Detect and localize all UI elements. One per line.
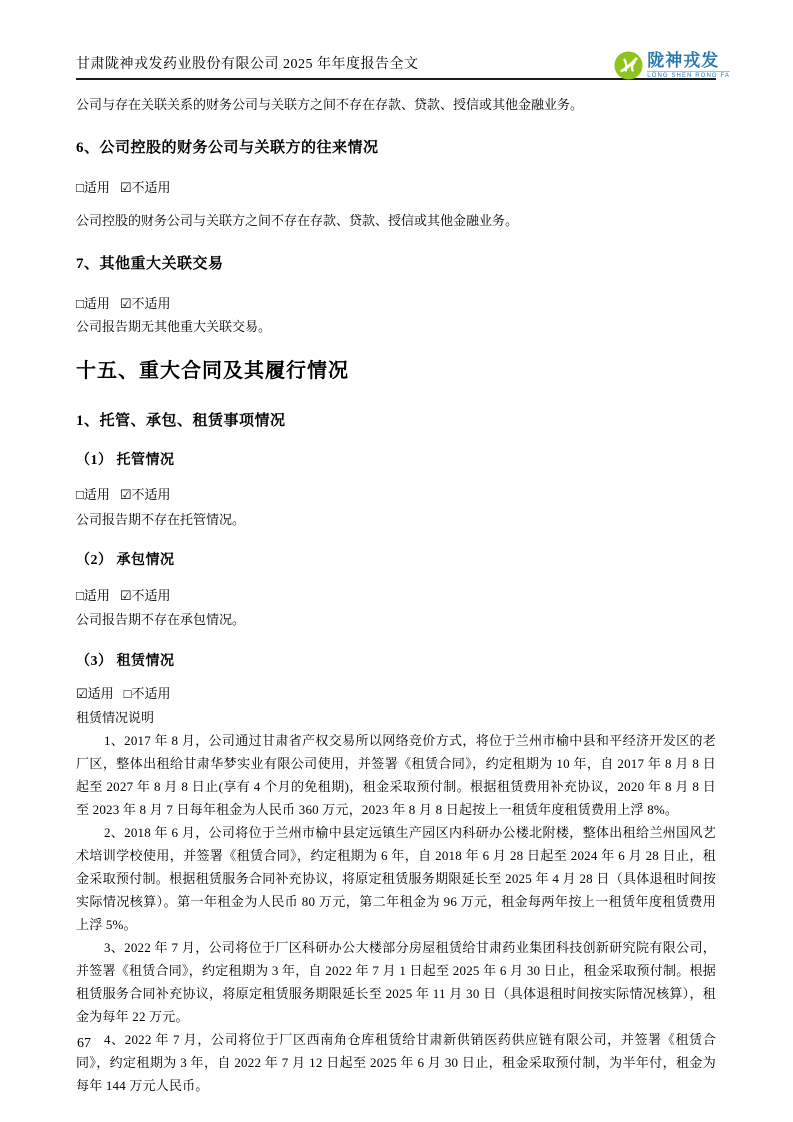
lease-item-1: 1、2017 年 8 月，公司通过甘肃省产权交易所以网络竞价方式，将位于兰州市榆… bbox=[76, 729, 716, 821]
contracting-body: 公司报告期不存在承包情况。 bbox=[76, 611, 716, 628]
lease-note: 租赁情况说明 bbox=[76, 709, 716, 726]
checkbox-not-applicable: ☑不适用 bbox=[120, 588, 171, 603]
page-header: 甘肃陇神戎发药业股份有限公司 2025 年年度报告全文 陇神戎发 LONG SH… bbox=[76, 46, 716, 80]
logo-text-block: 陇神戎发 LONG SHEN RONG FA bbox=[647, 52, 730, 79]
checkbox-applicable: □适用 bbox=[76, 487, 110, 502]
contracting-heading: （2） 承包情况 bbox=[76, 549, 716, 569]
lease-item-2: 2、2018 年 6 月，公司将位于兰州市榆中县定远镇生产园区内科研办公楼北附楼… bbox=[76, 821, 716, 936]
checkbox-applicable: ☑适用 bbox=[76, 686, 114, 701]
lease-item-3: 3、2022 年 7 月，公司将位于厂区科研办公大楼部分房屋租赁给甘肃药业集团科… bbox=[76, 936, 716, 1028]
logo-bird-icon bbox=[614, 51, 643, 80]
lease-heading: （3） 租赁情况 bbox=[76, 650, 716, 670]
lease-applicability: ☑适用□不适用 bbox=[76, 685, 716, 702]
custody-heading: （1） 托管情况 bbox=[76, 449, 716, 469]
chapter-15-heading: 十五、重大合同及其履行情况 bbox=[76, 354, 716, 383]
logo-company-name-pinyin: LONG SHEN RONG FA bbox=[647, 71, 730, 79]
checkbox-not-applicable: ☑不适用 bbox=[120, 487, 171, 502]
checkbox-applicable: □适用 bbox=[76, 296, 110, 311]
page-number: 67 bbox=[77, 1036, 91, 1052]
report-title: 甘肃陇神戎发药业股份有限公司 2025 年年度报告全文 bbox=[76, 53, 419, 73]
section-6-applicability: □适用☑不适用 bbox=[76, 179, 716, 196]
contracting-applicability: □适用☑不适用 bbox=[76, 587, 716, 604]
section-7-body: 公司报告期无其他重大关联交易。 bbox=[76, 318, 716, 335]
logo-company-name: 陇神戎发 bbox=[647, 52, 730, 69]
company-logo: 陇神戎发 LONG SHEN RONG FA bbox=[614, 51, 730, 80]
subsection-1-heading: 1、托管、承包、租赁事项情况 bbox=[76, 409, 716, 430]
intro-paragraph: 公司与存在关联关系的财务公司与关联方之间不存在存款、贷款、授信或其他金融业务。 bbox=[76, 96, 716, 113]
checkbox-not-applicable: □不适用 bbox=[124, 686, 171, 701]
checkbox-applicable: □适用 bbox=[76, 588, 110, 603]
section-7-applicability: □适用☑不适用 bbox=[76, 295, 716, 312]
checkbox-not-applicable: ☑不适用 bbox=[120, 296, 171, 311]
lease-item-4: 4、2022 年 7 月，公司将位于厂区西南角仓库租赁给甘肃新供销医药供应链有限… bbox=[76, 1028, 716, 1097]
section-6-body: 公司控股的财务公司与关联方之间不存在存款、贷款、授信或其他金融业务。 bbox=[76, 212, 716, 229]
report-page: 甘肃陇神戎发药业股份有限公司 2025 年年度报告全文 陇神戎发 LONG SH… bbox=[0, 0, 793, 1122]
section-7-heading: 7、其他重大关联交易 bbox=[76, 252, 716, 273]
custody-applicability: □适用☑不适用 bbox=[76, 486, 716, 503]
checkbox-not-applicable: ☑不适用 bbox=[120, 180, 171, 195]
custody-body: 公司报告期不存在托管情况。 bbox=[76, 511, 716, 528]
checkbox-applicable: □适用 bbox=[76, 180, 110, 195]
section-6-heading: 6、公司控股的财务公司与关联方的往来情况 bbox=[76, 136, 716, 157]
document-body: 公司与存在关联关系的财务公司与关联方之间不存在存款、贷款、授信或其他金融业务。 … bbox=[76, 96, 716, 1097]
